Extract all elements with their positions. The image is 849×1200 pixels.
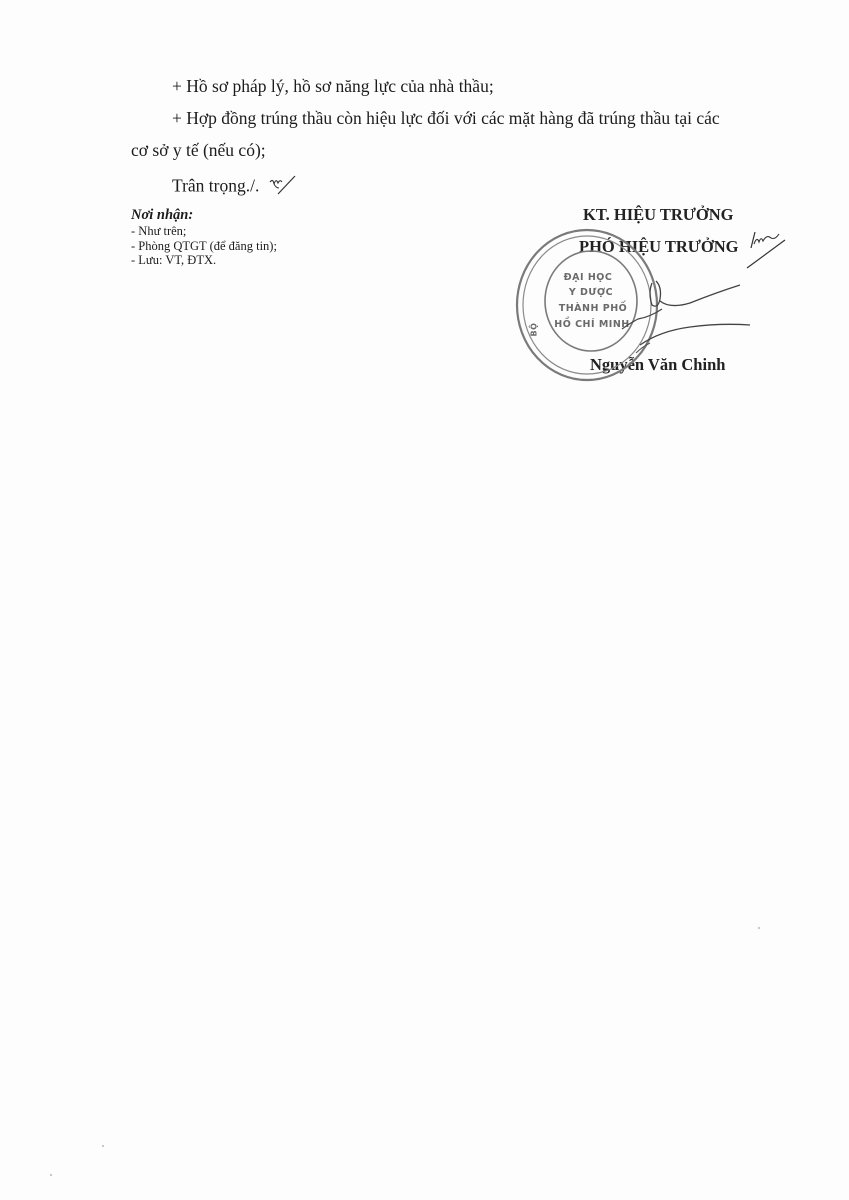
body-line-legal-documents: + Hồ sơ pháp lý, hồ sơ năng lực của nhà … xyxy=(172,75,494,97)
seal-side-text: BỘ xyxy=(529,323,538,337)
scan-speck xyxy=(50,1174,52,1176)
body-text: cơ sở y tế (nếu có); xyxy=(131,140,266,160)
recipients-title: Nơi nhận: xyxy=(131,207,277,224)
recipients-block: Nơi nhận: - Như trên; - Phòng QTGT (để đ… xyxy=(131,207,277,268)
recipient-item: - Phòng QTGT (để đăng tin); xyxy=(131,239,277,254)
initials-mark-icon xyxy=(745,226,789,270)
body-text: + Hợp đồng trúng thầu còn hiệu lực đối v… xyxy=(172,108,720,128)
initials-mark-icon xyxy=(268,174,298,201)
signature-block: KT. HIỆU TRƯỞNG PHÓ HIỆU TRƯỞNG Nguyễn V… xyxy=(540,205,800,385)
seal-line: HỒ CHÍ MINH xyxy=(517,319,667,330)
signature-title-acting: KT. HIỆU TRƯỞNG xyxy=(583,205,734,225)
official-seal: ĐẠI HỌC Y DƯỢC THÀNH PHỐ HỒ CHÍ MINH BỘ xyxy=(513,225,663,383)
recipient-item: - Như trên; xyxy=(131,224,277,239)
scan-speck xyxy=(102,1145,104,1147)
body-line-contracts-continued: cơ sở y tế (nếu có); xyxy=(131,139,266,161)
scan-speck xyxy=(758,927,760,929)
recipient-item: - Lưu: VT, ĐTX. xyxy=(131,253,277,268)
body-text: + Hồ sơ pháp lý, hồ sơ năng lực của nhà … xyxy=(172,76,494,96)
seal-line: THÀNH PHỐ xyxy=(518,303,668,314)
closing-text: Trân trọng./. xyxy=(172,176,259,196)
seal-line: Y DƯỢC xyxy=(516,287,666,298)
body-line-contracts: + Hợp đồng trúng thầu còn hiệu lực đối v… xyxy=(172,107,720,129)
seal-line: ĐẠI HỌC xyxy=(513,272,663,283)
document-page: + Hồ sơ pháp lý, hồ sơ năng lực của nhà … xyxy=(0,0,849,1200)
closing-salutation: Trân trọng./. xyxy=(172,174,298,201)
seal-text: ĐẠI HỌC Y DƯỢC THÀNH PHỐ HỒ CHÍ MINH BỘ xyxy=(513,225,663,383)
